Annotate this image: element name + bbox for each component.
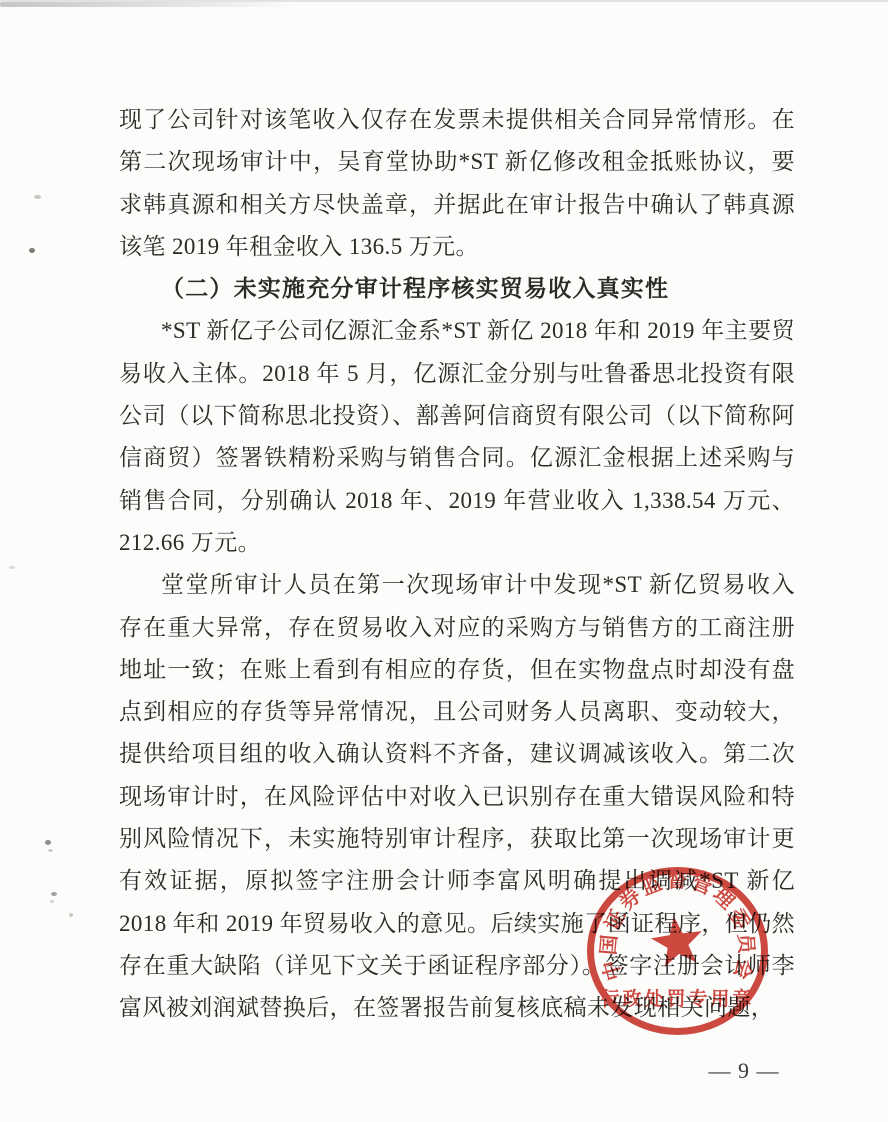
text-line: 第二次现场审计中，吴育堂协助*ST 新亿修改租金抵账协议，要 [119,141,795,183]
text-line: 销售合同，分别确认 2018 年、2019 年营业收入 1,338.54 万元、 [119,480,795,522]
text-line: 该笔 2019 年租金收入 136.5 万元。 [119,226,795,268]
text-line: 易收入主体。2018 年 5 月，亿源汇金分别与吐鲁番思北投资有限 [119,353,795,395]
text-line: 提供给项目组的收入确认资料不齐备，建议调减该收入。第二次 [119,733,795,775]
seal-type-text: 行政处罚专用章 [600,987,754,1010]
document-page: 现了公司针对该笔收入仅存在发票未提供相关合同异常情形。在第二次现场审计中，吴育堂… [0,0,888,1122]
text-line: 点到相应的存货等异常情况，且公司财务人员离职、变动较大， [119,691,795,733]
star-icon [648,913,706,969]
scan-speck [45,840,51,845]
text-line: *ST 新亿子公司亿源汇金系*ST 新亿 2018 年和 2019 年主要贸 [119,310,795,352]
text-line: 212.66 万元。 [119,522,795,564]
text-line: 存在重大异常，存在贸易收入对应的采购方与销售方的工商注册 [119,607,795,649]
scan-speck [34,195,41,199]
text-line: 求韩真源和相关方尽快盖章，并据此在审计报告中确认了韩真源 [119,184,795,226]
scan-speck [50,900,54,903]
scan-speck [51,892,57,896]
scan-speck [48,849,53,852]
scan-speck [29,248,35,253]
scan-smudge [0,2,295,7]
text-line: 地址一致；在账上看到有相应的存货，但在实物盘点时却没有盘 [119,649,795,691]
text-line: 信商贸）签署铁精粉采购与销售合同。亿源汇金根据上述采购与 [119,437,795,479]
text-line: 现场审计时，在风险评估中对收入已识别存在重大错误风险和特 [119,776,795,818]
text-line: 堂堂所审计人员在第一次现场审计中发现*ST 新亿贸易收入 [119,564,795,606]
page-number: — 9 — [698,1056,790,1086]
text-line: （二）未实施充分审计程序核实贸易收入真实性 [119,268,795,310]
text-line: 现了公司针对该笔收入仅存在发票未提供相关合同异常情形。在 [119,99,795,141]
scan-speck [9,566,15,569]
scan-speck [69,913,73,917]
text-line: 公司（以下简称思北投资）、鄯善阿信商贸有限公司（以下简称阿 [119,395,795,437]
official-seal: 中国证券监督管理委员会 行政处罚专用章 [577,857,778,1045]
text-line: 别风险情况下，未实施特别审计程序，获取比第一次现场审计更 [119,818,795,860]
